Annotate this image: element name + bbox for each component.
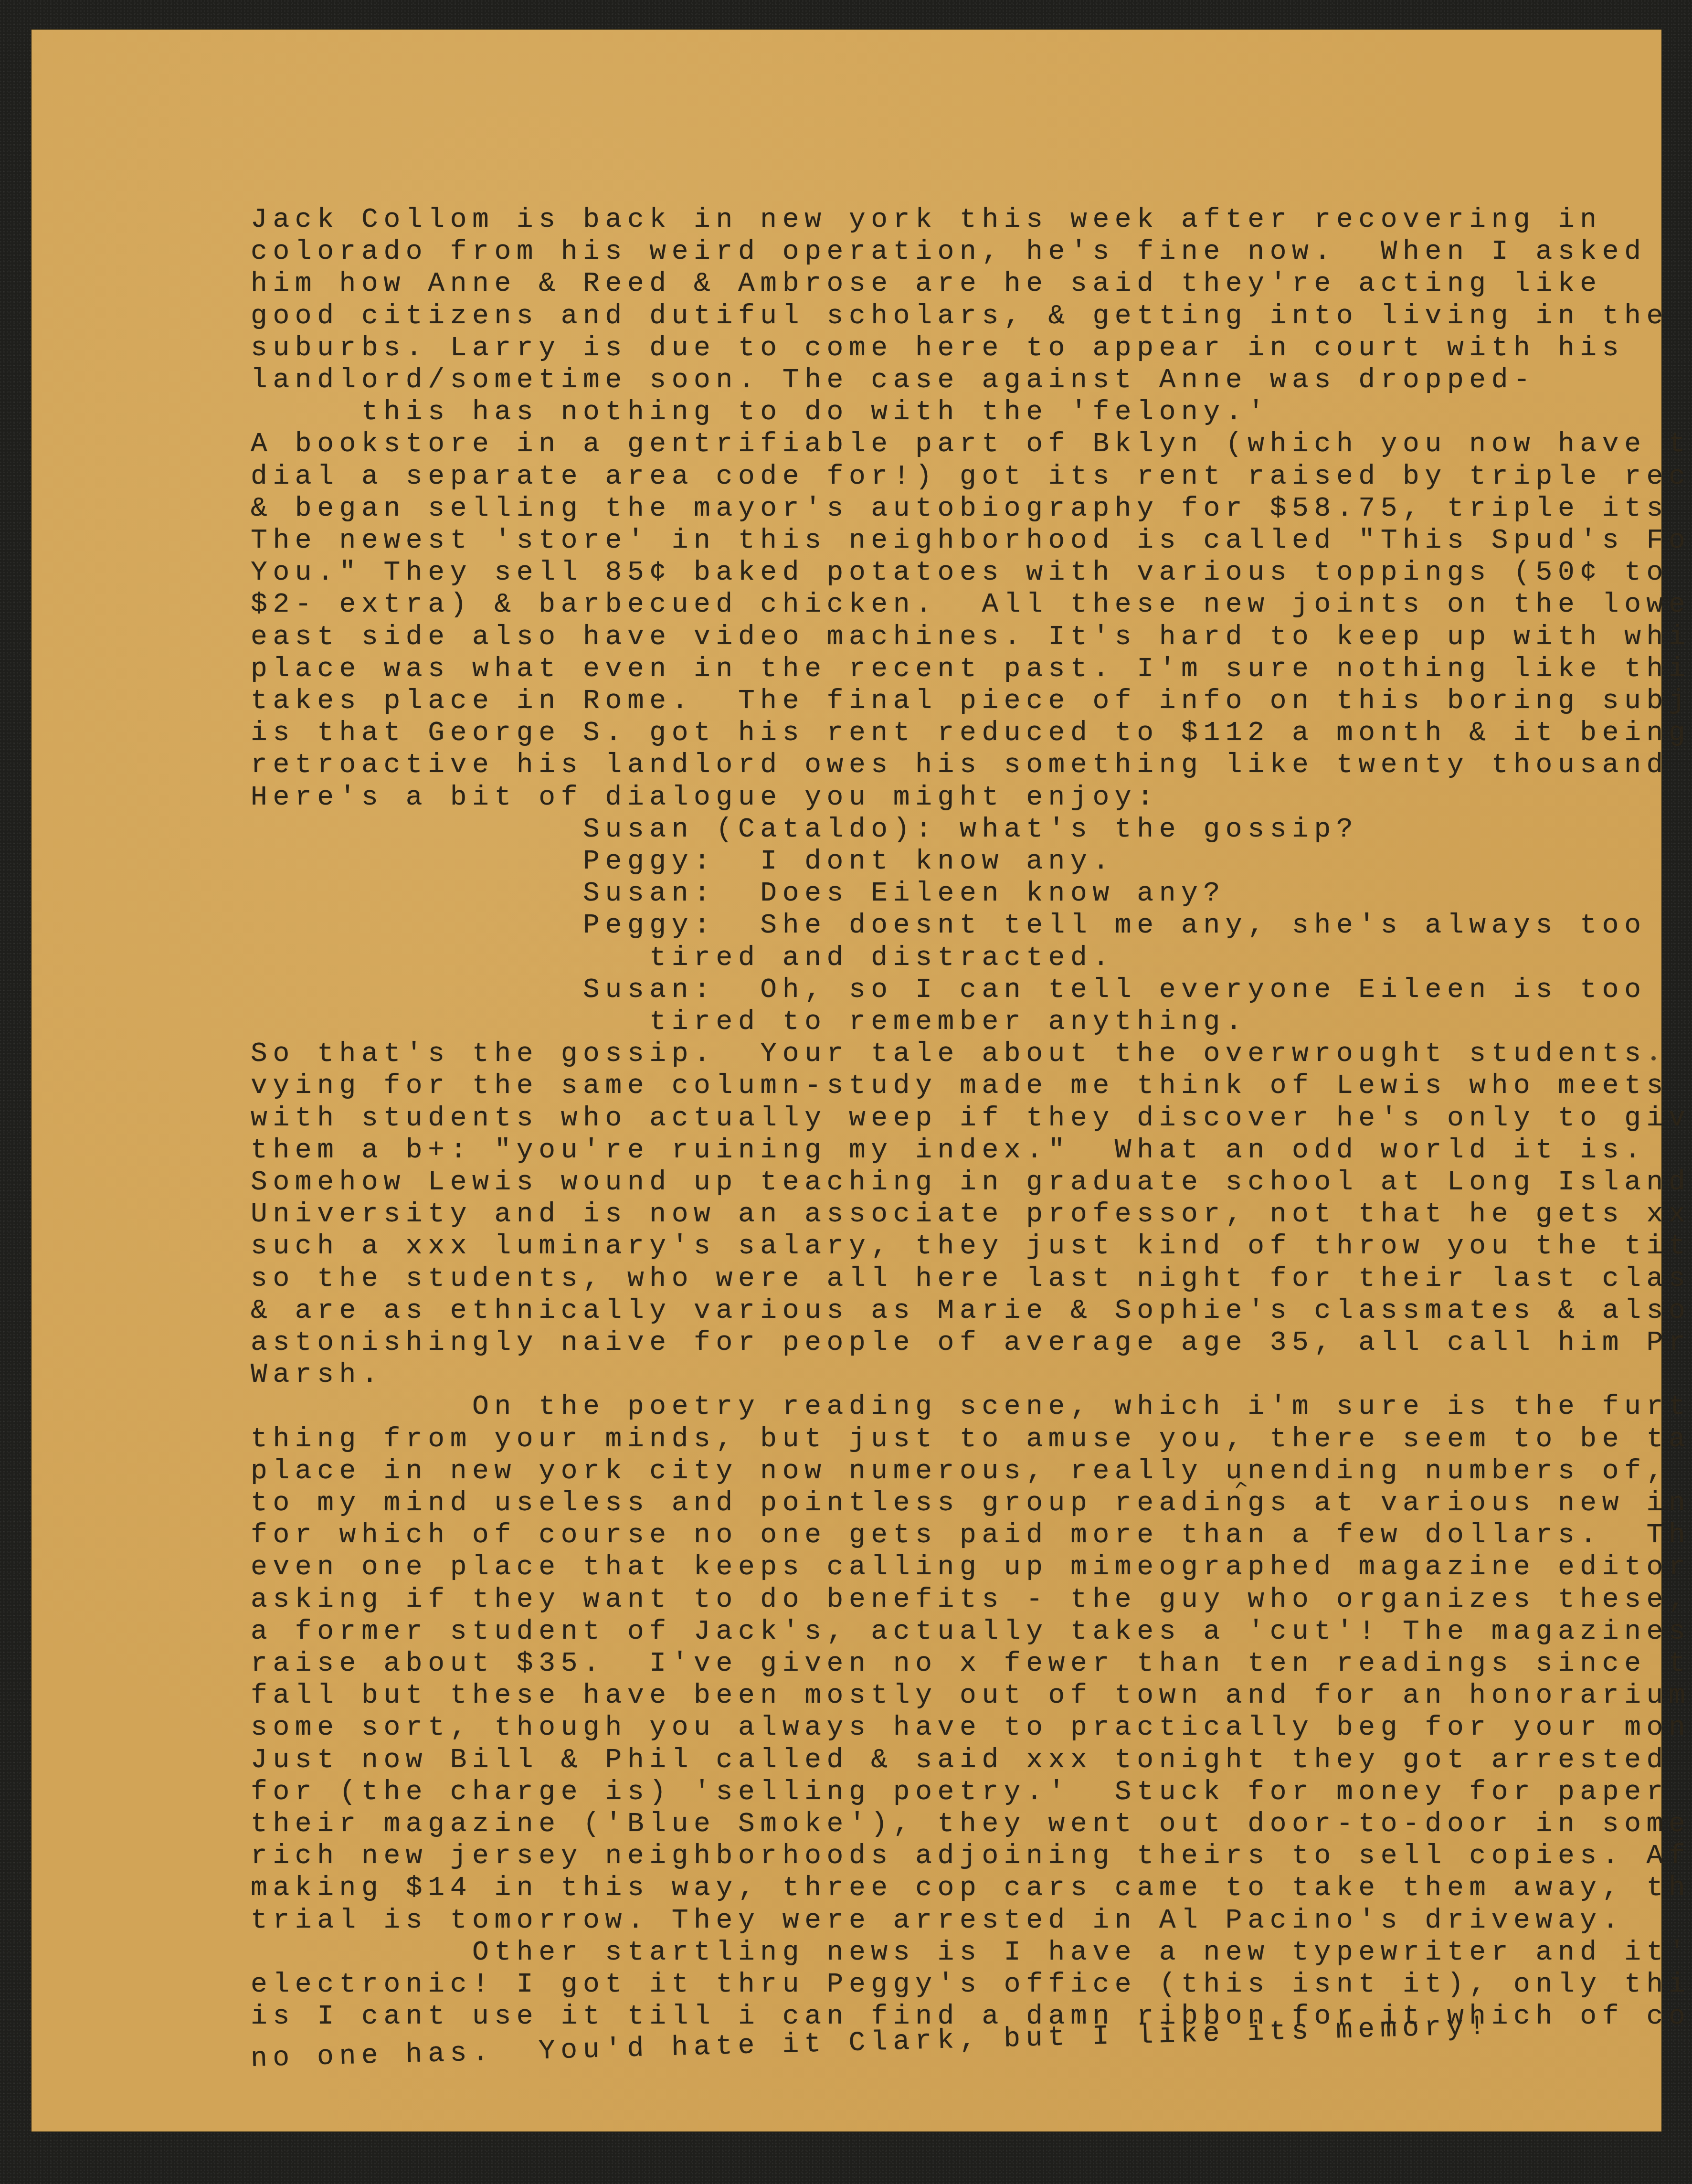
letter-line: is that George S. got his rent reduced t…	[251, 717, 1691, 749]
letter-line: even one place that keeps calling up mim…	[251, 1551, 1692, 1583]
letter-line: fall but these have been mostly out of t…	[251, 1680, 1692, 1712]
letter-line: dial a separate area code for!) got its …	[251, 461, 1692, 493]
letter-line: astonishingly naive for people of averag…	[251, 1327, 1692, 1359]
letter-line: $2- extra) & barbecued chicken. All thes…	[251, 589, 1692, 621]
letter-line: rich new jersey neighborhoods adjoining …	[251, 1840, 1692, 1872]
letter-line: him how Anne & Reed & Ambrose are he sai…	[251, 268, 1602, 300]
letter-line: for which of course no one gets paid mor…	[251, 1519, 1692, 1551]
letter-line: place was what even in the recent past. …	[251, 653, 1692, 685]
letter-line: vying for the same column-study made me …	[251, 1070, 1669, 1102]
letter-line: Warsh.	[251, 1359, 383, 1391]
letter-line: You." They sell 85¢ baked potatoes with …	[251, 557, 1669, 589]
letter-line: east side also have video machines. It's…	[251, 621, 1692, 653]
letter-line: landlord/sometime soon. The case against…	[251, 364, 1536, 396]
letter-line: Jack Collom is back in new york this wee…	[251, 204, 1602, 236]
letter-line: & began selling the mayor's autobiograph…	[251, 493, 1692, 525]
letter-line: trial is tomorrow. They were arrested in…	[251, 1905, 1624, 1937]
letter-line: suburbs. Larry is due to come here to ap…	[251, 332, 1624, 364]
letter-line: electronic! I got it thru Peggy's office…	[251, 1969, 1692, 2001]
letter-line: thing from your minds, but just to amuse…	[251, 1423, 1692, 1455]
letter-line: making $14 in this way, three cop cars c…	[251, 1872, 1692, 1904]
letter-line: good citizens and dutiful scholars, & ge…	[251, 300, 1669, 332]
letter-line: Susan: Does Eileen know any?	[251, 878, 1226, 910]
letter-line: So that's the gossip. Your tale about th…	[251, 1038, 1647, 1070]
letter-line: Just now Bill & Phil called & said xxx t…	[251, 1744, 1669, 1776]
letter-line: Other startling news is I have a new typ…	[251, 1937, 1692, 1969]
letter-line: & are as ethnically various as Marie & S…	[251, 1295, 1691, 1327]
letter-line: raise about $35. I've given no x fewer t…	[251, 1648, 1692, 1680]
letter-line: this has nothing to do with the 'felony.…	[251, 396, 1270, 428]
letter-line: asking if they want to do benefits - the…	[251, 1584, 1691, 1616]
letter-line: Susan (Cataldo): what's the gossip?	[251, 814, 1358, 846]
letter-line: with students who actually weep if they …	[251, 1103, 1692, 1134]
letter-line: Peggy: I dont know any.	[251, 846, 1115, 878]
letter-line: some sort, though you always have to pra…	[251, 1712, 1692, 1744]
stray-ink-dot	[1651, 1056, 1656, 1060]
letter-line: tired to remember anything.	[251, 1006, 1248, 1038]
letter-page: Jack Collom is back in new york this wee…	[32, 30, 1661, 2131]
letter-line: tired and distracted.	[251, 942, 1115, 974]
letter-line: colorado from his weird operation, he's …	[251, 236, 1647, 268]
letter-line: their magazine ('Blue Smoke'), they went…	[251, 1808, 1691, 1840]
letter-line: to my mind useless and pointless group r…	[251, 1487, 1692, 1519]
letter-line: such a xxx luminary's salary, they just …	[251, 1230, 1692, 1262]
letter-line: Here's a bit of dialogue you might enjoy…	[251, 782, 1159, 814]
letter-line: place in new york city now numerous, rea…	[251, 1455, 1669, 1487]
letter-line: retroactive his landlord owes his someth…	[251, 749, 1692, 781]
letter-line: Peggy: She doesnt tell me any, she's alw…	[251, 910, 1647, 942]
letter-line: a former student of Jack's, actually tak…	[251, 1616, 1691, 1648]
letter-line: The newest 'store' in this neighborhood …	[251, 525, 1692, 557]
letter-line: them a b+: "you're ruining my index." Wh…	[251, 1134, 1647, 1166]
letter-line: so the students, who were all here last …	[251, 1263, 1692, 1295]
letter-line: takes place in Rome. The final piece of …	[251, 685, 1692, 717]
letter-line: A bookstore in a gentrifiable part of Bk…	[251, 428, 1692, 460]
letter-line: On the poetry reading scene, which i'm s…	[251, 1391, 1692, 1423]
letter-line: for (the charge is) 'selling poetry.' St…	[251, 1776, 1692, 1808]
letter-line: Susan: Oh, so I can tell everyone Eileen…	[251, 974, 1647, 1006]
letter-line: Somehow Lewis wound up teaching in gradu…	[251, 1166, 1691, 1198]
letter-line: University and is now an associate profe…	[251, 1198, 1691, 1230]
